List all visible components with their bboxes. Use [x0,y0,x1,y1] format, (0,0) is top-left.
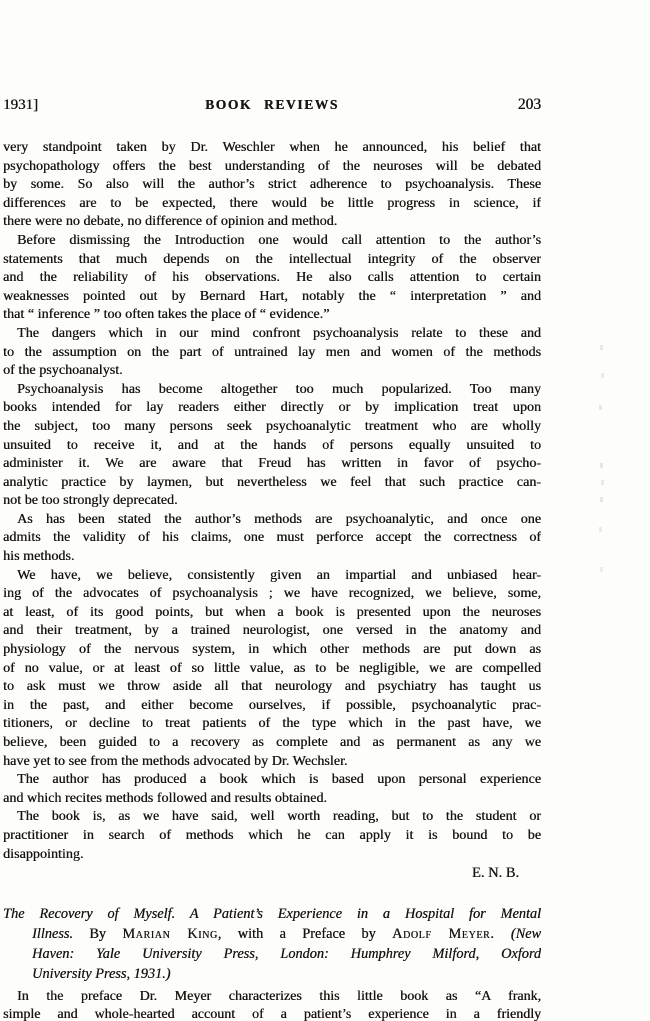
page-header: 1931] BOOK REVIEWS 203 [3,96,541,114]
text-line: In the preface Dr. Meyer characterizes t… [3,988,541,1007]
citation-segment: , with a Preface by [218,926,392,942]
text-column: 1931] BOOK REVIEWS 203 very standpoint t… [3,96,541,1021]
text-line: differences are to be expected, there wo… [3,195,541,214]
text-line: As has been stated the author’s methods … [3,511,541,530]
person-name-small-caps: Marian King [122,926,217,942]
text-line: believe, been guided to a recovery as co… [3,734,541,753]
text-line: practitioner in search of methods which … [3,827,541,846]
text-line: by some. So also will the author’s stric… [3,176,541,195]
text-line: The book is, as we have said, well worth… [3,808,541,827]
scanned-journal-page: 1931] BOOK REVIEWS 203 very standpoint t… [0,0,650,1021]
citation-line: The Recovery of Myself. A Patient’s Expe… [3,904,541,924]
citation-segment: The Recovery of Myself. A Patient’s Expe… [3,906,541,922]
citation-segment: Illness. [32,926,73,942]
person-name-small-caps: Adolf Meyer. [392,926,494,942]
text-line: The dangers which in our mind confront p… [3,325,541,344]
text-line: admits the validity of his claims, one m… [3,529,541,548]
text-line: books intended for lay readers either di… [3,399,541,418]
text-line: The author has produced a book which is … [3,771,541,790]
text-line: Before dismissing the Introduction one w… [3,232,541,251]
citation-segment: (New [494,926,541,942]
citation-segment: University Press, 1931.) [32,966,170,982]
text-line: in the past, and either become ourselves… [3,697,541,716]
text-line: and which recites methods followed and r… [3,790,541,809]
page-number: 203 [421,96,541,114]
text-line: physiology of the nervous system, in whi… [3,641,541,660]
citation-line: Illness. By Marian King, with a Preface … [3,924,541,944]
reviewer-signature: E. N. B. [3,864,541,883]
text-line: Psychoanalysis has become altogether too… [3,381,541,400]
citation-segment: Haven: Yale University Press, London: Hu… [32,946,541,962]
text-line: not be too strongly deprecated. [3,492,541,511]
text-line: statements that much depends on the inte… [3,251,541,270]
text-line: We have, we believe, consistently given … [3,567,541,586]
text-line: administer it. We are aware that Freud h… [3,455,541,474]
citation-line: Haven: Yale University Press, London: Hu… [3,944,541,964]
scan-artifact-specks [600,345,603,350]
next-review-opening: In the preface Dr. Meyer characterizes t… [3,988,541,1021]
text-line: of no value, or at least of so little va… [3,660,541,679]
text-line: disappointing. [3,846,541,865]
text-line: ing of the advocates of psychoanalysis ;… [3,585,541,604]
book-citation: The Recovery of Myself. A Patient’s Expe… [3,904,541,984]
text-line: his methods. [3,548,541,567]
text-line: to the assumption on the part of untrain… [3,344,541,363]
text-line: simple and whole-hearted account of a pa… [3,1006,541,1021]
text-line: and their treatment, by a trained neurol… [3,622,541,641]
text-line: of the psychoanalyst. [3,362,541,381]
text-line: weaknesses pointed out by Bernard Hart, … [3,288,541,307]
running-title: BOOK REVIEWS [123,97,421,113]
text-line: unsuited to receive it, and at the hands… [3,437,541,456]
review-body-text: very standpoint taken by Dr. Weschler wh… [3,139,541,864]
text-line: very standpoint taken by Dr. Weschler wh… [3,139,541,158]
text-line: have yet to see from the methods advocat… [3,753,541,772]
text-line: that “ inference ” too often takes the p… [3,306,541,325]
text-line: to ask must we throw aside all that neur… [3,678,541,697]
citation-line: University Press, 1931.) [3,964,541,984]
text-line: analytic practice by laymen, but neverth… [3,474,541,493]
text-line: at least, of its good points, but when a… [3,604,541,623]
text-line: there were no debate, no difference of o… [3,213,541,232]
citation-segment: By [73,926,122,942]
text-line: and the reliability of his observations.… [3,269,541,288]
text-line: titioners, or decline to treat patients … [3,715,541,734]
header-year: 1931] [3,97,123,114]
text-line: the subject, too many persons seek psych… [3,418,541,437]
text-line: psychopathology offers the best understa… [3,158,541,177]
